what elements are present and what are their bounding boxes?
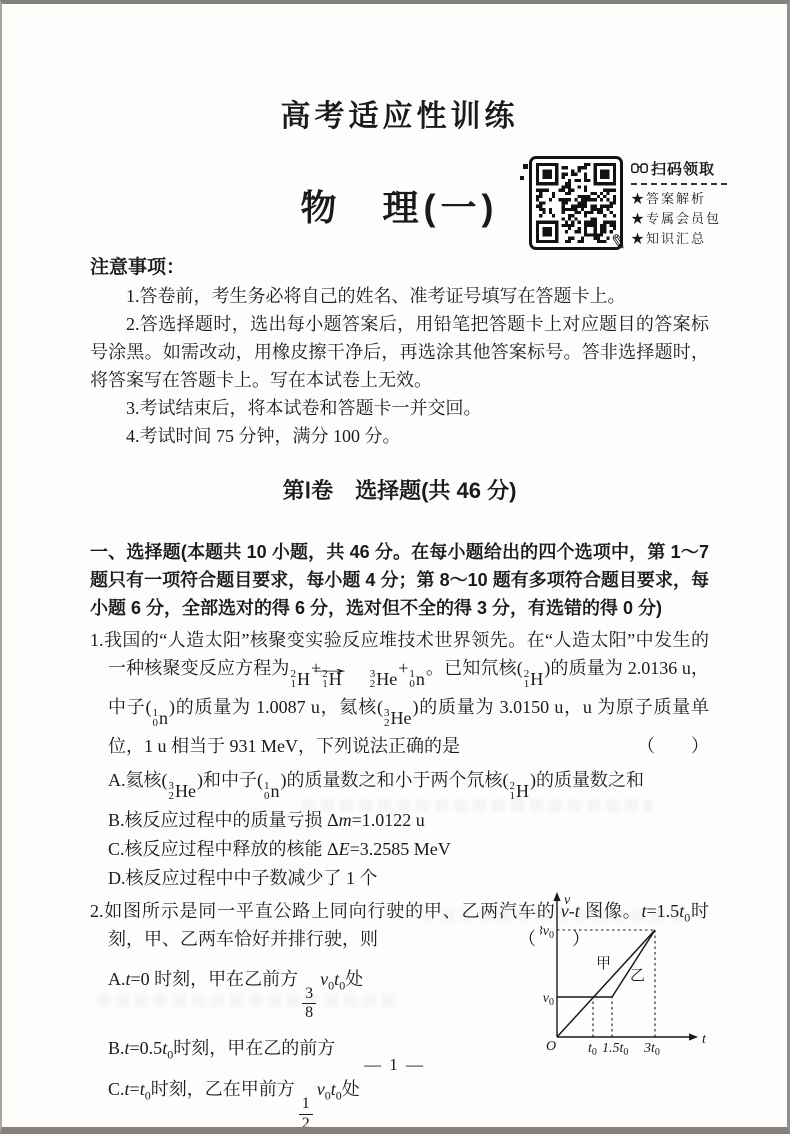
qr-heading: 扫码领取 [651,158,715,179]
x-axis-arrow [689,1033,698,1040]
x-axis-label: t [702,1032,707,1047]
qr-benefit-item: ★知识汇总 [631,229,727,249]
qr-text-block: 扫码领取 ★答案解析 ★专属会员包 ★知识汇总 [631,158,727,249]
answer-bracket: （ ） [655,732,709,760]
series-yi-label: 乙 [630,967,645,984]
notice-item: 3.考试结束后，将本试卷和答题卡一并交回。 [90,394,709,422]
page-number: — 1 — [2,1055,787,1075]
option-d: D.核反应过程中中子数减少了 1 个 [90,864,709,893]
question-1-options: A.氦核(32He)和中子(10n)的质量数之和小于两个氘核(21H)的质量数之… [90,766,709,893]
paper-title: 高考适应性训练 [90,4,709,134]
option-c: C.核反应过程中释放的核能 ΔE=3.2585 MeV [90,835,709,864]
y-tick-v0: v0 [543,991,554,1008]
series-jia-label: 甲 [596,955,611,972]
section-intro: 一、选择题(本题共 10 小题，共 46 分。在每小题给出的四个选项中，第 1～… [90,538,709,622]
question-1-body: 1.我国的“人造太阳”核聚变实验反应堆技术世界领先。在“人造太阳”中发生的一种核… [90,626,709,760]
option-a: A.氦核(32He)和中子(10n)的质量数之和小于两个氘核(21H)的质量数之… [90,766,709,806]
notice-item: 1.答卷前，考生务必将自己的姓名、准考证号填写在答题卡上。 [90,282,709,310]
qr-promo-panel: ✎ 扫码领取 ★答案解析 ★专属会员包 ★知识汇总 [529,156,727,250]
glasses-scan-icon [631,163,648,174]
qr-heading-row: 扫码领取 [631,158,727,185]
notice-heading: 注意事项： [90,254,709,282]
print-mark [523,164,528,169]
origin-label: O [546,1039,556,1054]
y-tick-3v0: 3v0 [540,924,554,941]
qr-benefit-item: ★答案解析 [631,189,727,209]
option-a: A.t=0 时刻，甲在乙前方38v0t0处 [90,964,538,1023]
option-b: B.核反应过程中的质量亏损 Δm=1.0122 u [90,806,709,835]
exam-paper-page: 高考适应性训练 物 理(一) 注意事项： 1.答卷前，考生务必将自己的姓名、准考… [0,0,790,1134]
print-mark [520,176,524,180]
option-c: C.t=t0时刻，乙在甲前方12v0t0处 [90,1074,538,1133]
notice-item: 4.考试时间 75 分钟，满分 100 分。 [90,422,709,450]
qr-benefit-item: ★专属会员包 [631,209,727,229]
y-axis-label: v [564,893,571,908]
notice-item: 2.答选择题时，选出每小题答案后，用铅笔把答题卡上对应题目的答案标号涂黑。如需改… [90,310,709,394]
section-volume-heading: 第Ⅰ卷 选择题(共 46 分) [90,476,709,506]
y-axis-arrow [553,892,560,901]
qr-code: ✎ [529,156,623,250]
qr-pattern [536,163,616,243]
